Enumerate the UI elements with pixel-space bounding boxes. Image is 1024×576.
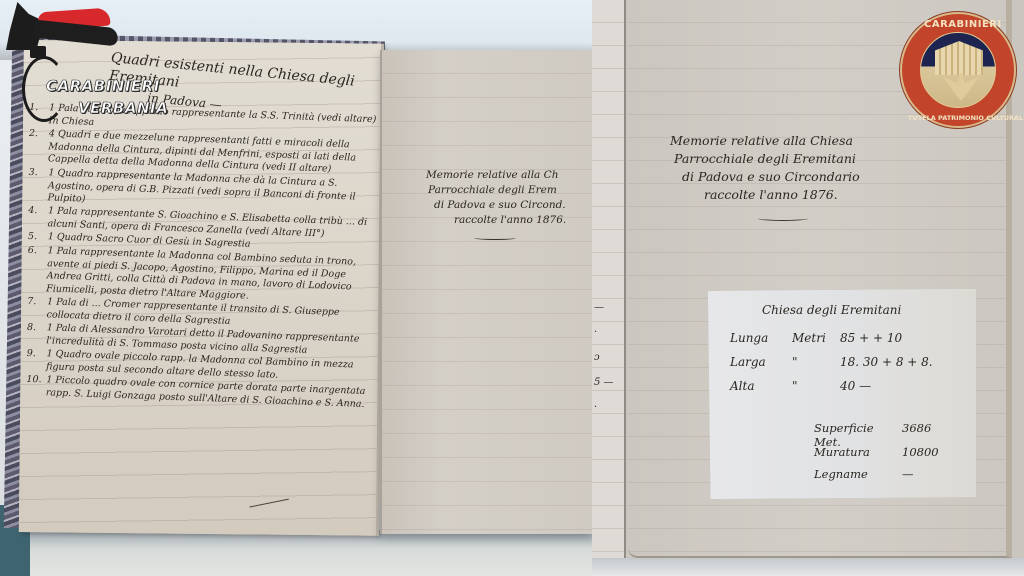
- right-photo: — · ɔ 5 — · Memorie relative alla Chiesa…: [592, 0, 1024, 576]
- dimension-row: Alta"40 —: [730, 379, 871, 393]
- edge-marks: — · ɔ 5 — ·: [594, 295, 614, 420]
- logo-text-carabinieri: CARABINIERI: [46, 77, 160, 95]
- flourish-divider: [758, 216, 808, 221]
- background-cloth-bottom: [0, 530, 592, 576]
- inventory-list: 1.1 Pala di Jacopo Apponio rappresentant…: [26, 102, 377, 403]
- memorie-title: Memorie relative alla Chiesa Parrocchial…: [670, 132, 990, 204]
- badge-emblem: [920, 32, 996, 108]
- table-surface: [592, 558, 1024, 576]
- previous-page-edge: — · ɔ 5 — ·: [592, 0, 626, 576]
- logo-text-verbania: VERBANIA: [78, 99, 168, 117]
- dragon-icon: [943, 71, 979, 101]
- carabinieri-verbania-logo: CARABINIERI VERBANIA: [0, 0, 200, 130]
- end-mark: [249, 499, 288, 508]
- badge-text-top: CARABINIERI: [924, 19, 1002, 30]
- dimension-row: Larga"18. 30 + 8 + 8.: [730, 355, 933, 369]
- badge-text-bottom: TUTELA PATRIMONIO CULTURALE: [908, 114, 1024, 122]
- dimension-row: LungaMetri85 + + 10: [730, 331, 902, 345]
- summary-row: Muratura10800: [814, 445, 939, 459]
- left-photo: Quadri esistenti nella Chiesa degli Erem…: [0, 0, 592, 576]
- measurement-note: Chiesa degli Eremitani LungaMetri85 + + …: [708, 289, 976, 499]
- memorie-title: Memorie relative alla Ch Parrocchiale de…: [426, 168, 592, 228]
- flourish-divider: [474, 236, 516, 240]
- note-title: Chiesa degli Eremitani: [762, 303, 901, 317]
- temple-icon: [935, 41, 983, 75]
- summary-row: Legname—: [814, 467, 914, 481]
- carabinieri-tpc-badge: CARABINIERI TUTELA PATRIMONIO CULTURALE: [900, 12, 1016, 128]
- title-page-copy: Memorie relative alla Ch Parrocchiale de…: [380, 50, 592, 534]
